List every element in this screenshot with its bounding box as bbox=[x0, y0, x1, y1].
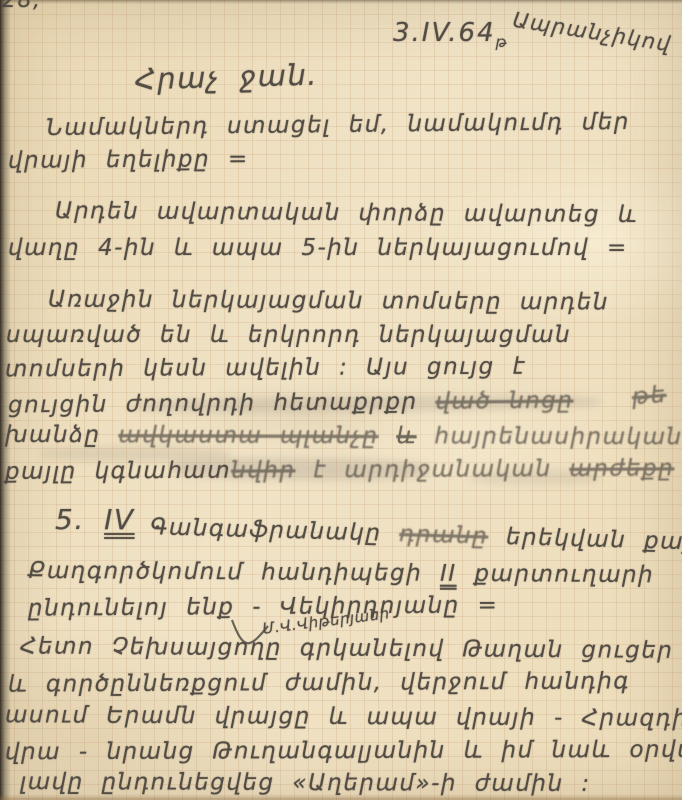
phrase: քարտուղարի bbox=[474, 561, 654, 588]
salutation: Հրաչ ջան. bbox=[135, 58, 319, 97]
struck-word: արժեքը bbox=[569, 455, 674, 482]
phrase: Հետո Չեխսայցողը bbox=[20, 633, 282, 661]
handwritten-line-t4: վրա - նրանց Թուղանգալյանին և իմ նաև օրվա bbox=[5, 737, 682, 765]
smudged-phrase: է արդիջանական bbox=[313, 456, 551, 483]
roman-numeral: II bbox=[440, 561, 457, 587]
section-day: 5. bbox=[55, 503, 85, 536]
phrase: Գանգաֆրանակը bbox=[150, 514, 382, 546]
handwritten-line-t2: և գործըննեռքցում ժամին, վերջում հանդիգ bbox=[8, 668, 630, 697]
handwritten-line-t1: Հետո Չեխսայցողը գրկանելով Թաղան ցուցեր կ… bbox=[20, 633, 682, 664]
phrase: Քաղգործկոմում հանդիպեցի bbox=[28, 558, 422, 587]
date-line: 3.IV.64թ bbox=[393, 18, 509, 51]
scan-shadow-top bbox=[0, 0, 682, 4]
struck-word: նվիր bbox=[231, 457, 295, 483]
handwritten-line-s2-2: Քաղգործկոմում հանդիպեցի II քարտուղարի bbox=[28, 558, 654, 588]
section-date: 5. IV . bbox=[55, 503, 164, 536]
page-corner-number: 28, bbox=[2, 0, 42, 13]
handwritten-line-p3-1: Առաջին ներկայացման տոմսերը արդեն bbox=[48, 287, 609, 316]
smudged-word: հայրենասիրական bbox=[434, 423, 682, 450]
struck-word: ված նոցը bbox=[435, 388, 573, 415]
date: 3.IV.64 bbox=[393, 18, 496, 48]
struck-word: դրանը bbox=[399, 521, 489, 549]
handwritten-line-p2-1: Արդեն ավարտական փորձը ավարտեց և bbox=[55, 198, 638, 228]
handwritten-line-s2-1: Գանգաֆրանակը դրանը երեկվան քայլը bbox=[150, 514, 682, 556]
date-era: թ bbox=[496, 33, 509, 51]
phrase: երեկվան քայլը bbox=[506, 524, 682, 556]
date-place: Ապրանչիկով bbox=[511, 8, 673, 57]
handwritten-line-p3-4: ցույցին ժողովրդի հետաքրքր ված նոցը bbox=[8, 388, 574, 419]
handwritten-line-p3-3: տոմսերի կեսն ավելին : Այս ցույց է bbox=[5, 354, 526, 383]
handwritten-line-p3-6: քայլը կգնահատնվիր է արդիջանական արժեքը = bbox=[5, 455, 682, 485]
handwritten-letter-page: 28, 3.IV.64թ Ապրանչիկով Հրաչ ջան. Նամակն… bbox=[0, 0, 682, 800]
handwritten-line-p3-5: խանձը ավկաստա պլանչը և հայրենասիրական bbox=[5, 422, 682, 450]
struck-word: և bbox=[396, 423, 416, 449]
phrase: քայլը կգնահատ bbox=[5, 458, 231, 485]
phrase: խանձը bbox=[5, 422, 101, 448]
handwritten-line-p1-1: Նամակներդ ստացել եմ, նամակումդ մեր bbox=[46, 109, 630, 141]
phrase: ցույցին ժողովրդի հետաքրքր bbox=[8, 389, 418, 419]
phrase: գրկանելով Թաղան ցուցեր կգալիք bbox=[300, 635, 682, 664]
struck-phrase: ավկաստա պլանչը bbox=[118, 422, 378, 449]
handwritten-line-p2-2: վաղը 4-ին և ապա 5-ին ներկայացումով = bbox=[8, 235, 628, 261]
section-month-roman: IV bbox=[104, 503, 134, 536]
handwritten-line-t3: ասում Երամն վրայցը և ապա վրայի - Հրազդիկ bbox=[5, 702, 682, 732]
handwritten-line-p3-2: սպառված են և երկրորդ ներկայացման bbox=[6, 322, 571, 348]
struck-word-margin: թե bbox=[631, 382, 667, 410]
handwritten-line-p1-2: վրայի եղելիքը = bbox=[8, 146, 249, 174]
handwritten-line-t5: լավը ընդունեցվեց «Աղերամ»-ի ժամին : bbox=[20, 769, 591, 797]
